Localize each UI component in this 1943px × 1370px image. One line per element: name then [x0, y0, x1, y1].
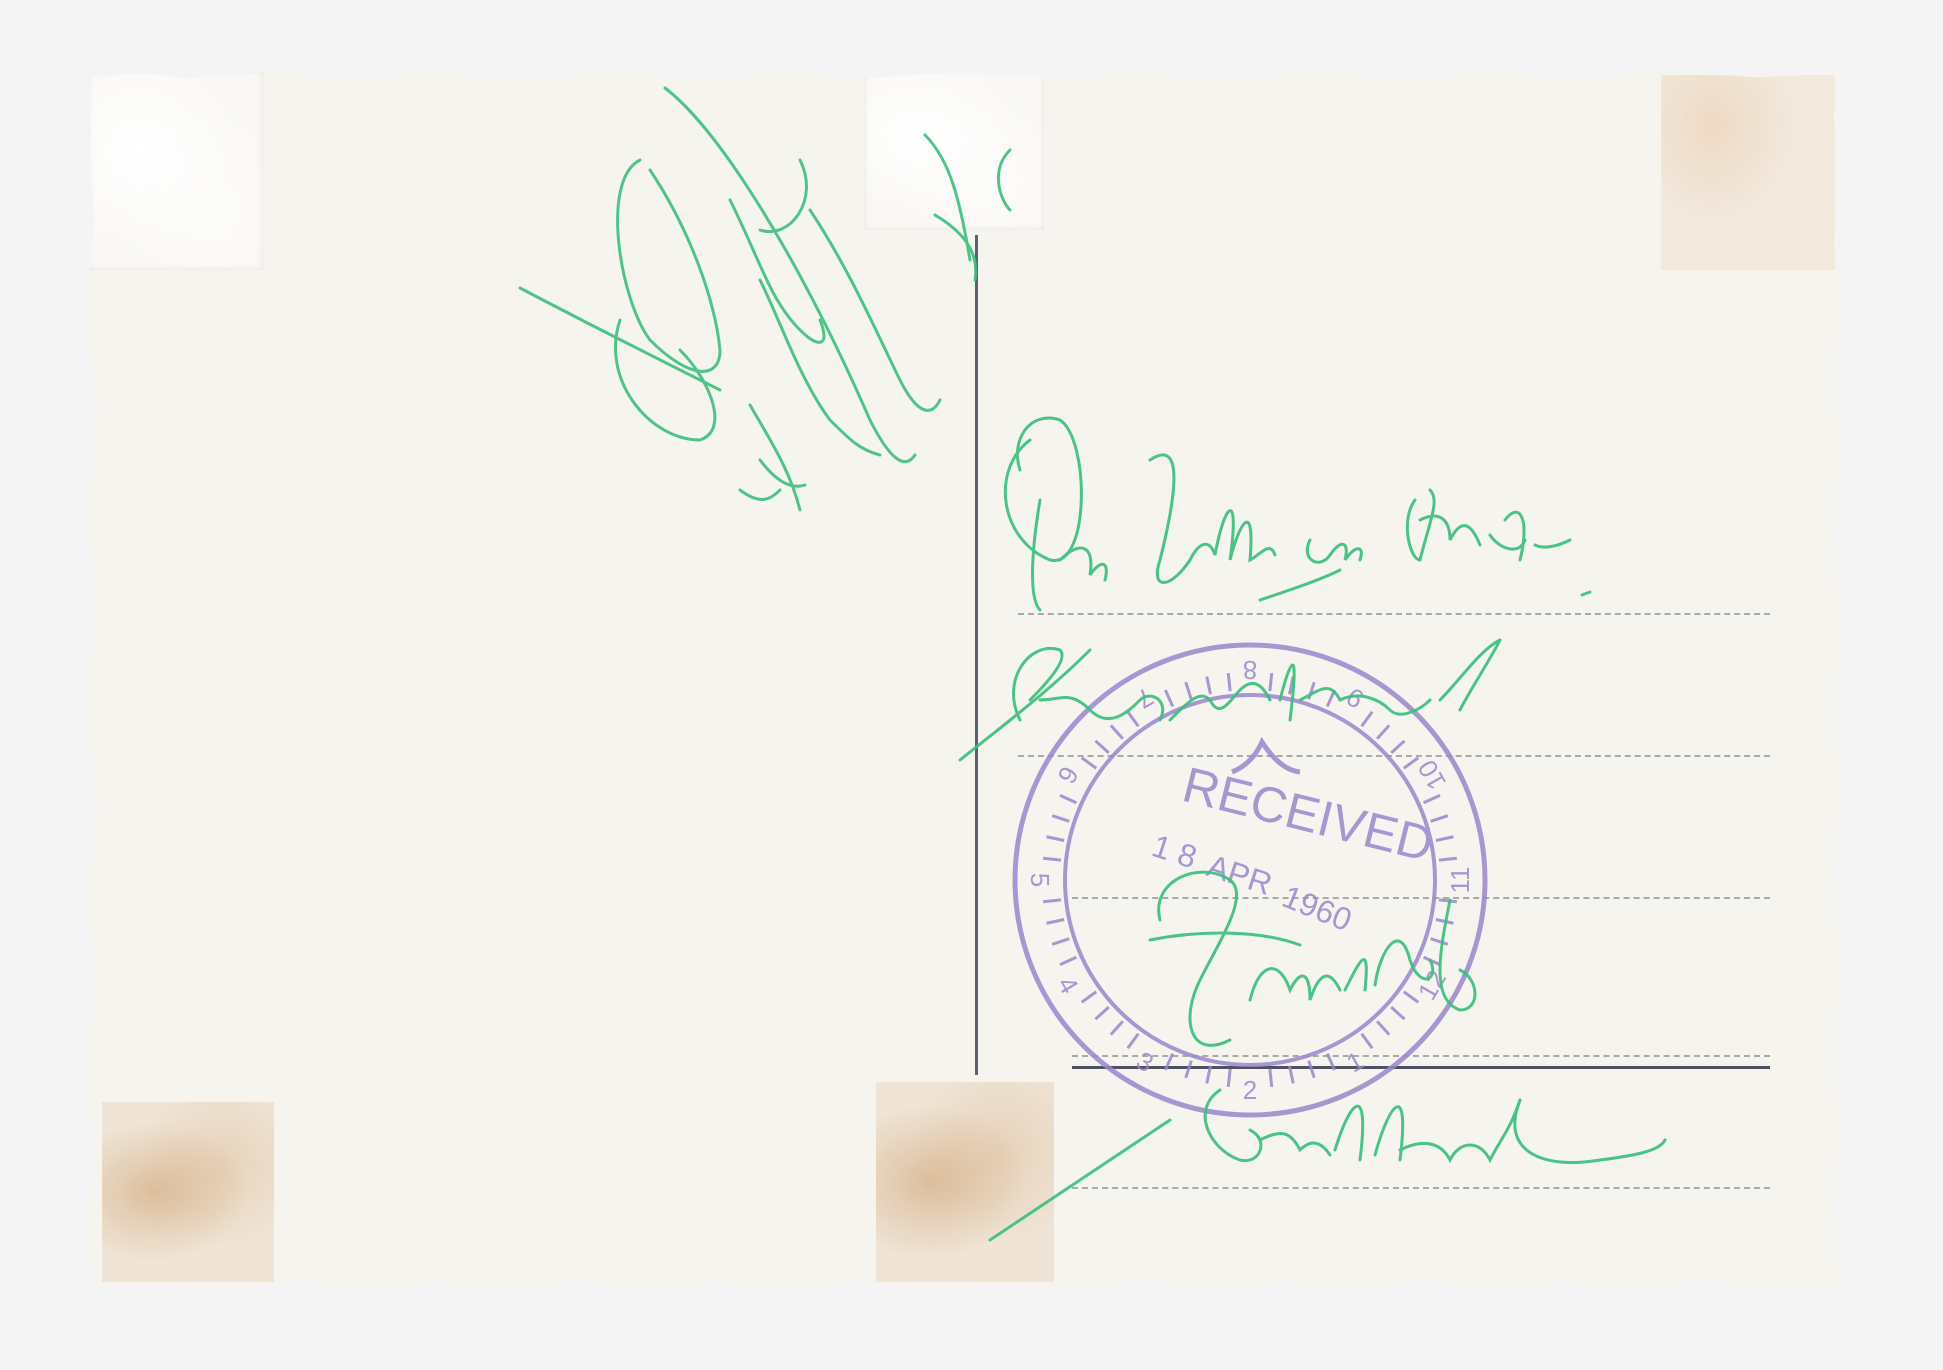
postmark-emblem-icon	[1232, 742, 1300, 772]
dial-number: 4	[1052, 971, 1085, 999]
dial-number: 2	[1243, 1075, 1257, 1105]
stamp-year: 1960	[1277, 878, 1356, 938]
dial-number: 8	[1243, 655, 1257, 685]
dial-number: 10	[1412, 755, 1452, 795]
dial-number: 1	[1341, 1045, 1369, 1078]
dial-number: 5	[1025, 873, 1055, 887]
received-postmark: 891011121234567 RECEIVED 1 8 APR 1960	[1015, 645, 1485, 1115]
ink-and-stamp-layer: 891011121234567 RECEIVED 1 8 APR 1960	[0, 0, 1943, 1370]
dial-number: 11	[1445, 867, 1475, 894]
handwritten-signature	[520, 88, 1010, 510]
stamp-day: 1 8	[1148, 827, 1201, 875]
dial-number: 3	[1131, 1045, 1159, 1078]
dial-number: 6	[1052, 761, 1085, 789]
